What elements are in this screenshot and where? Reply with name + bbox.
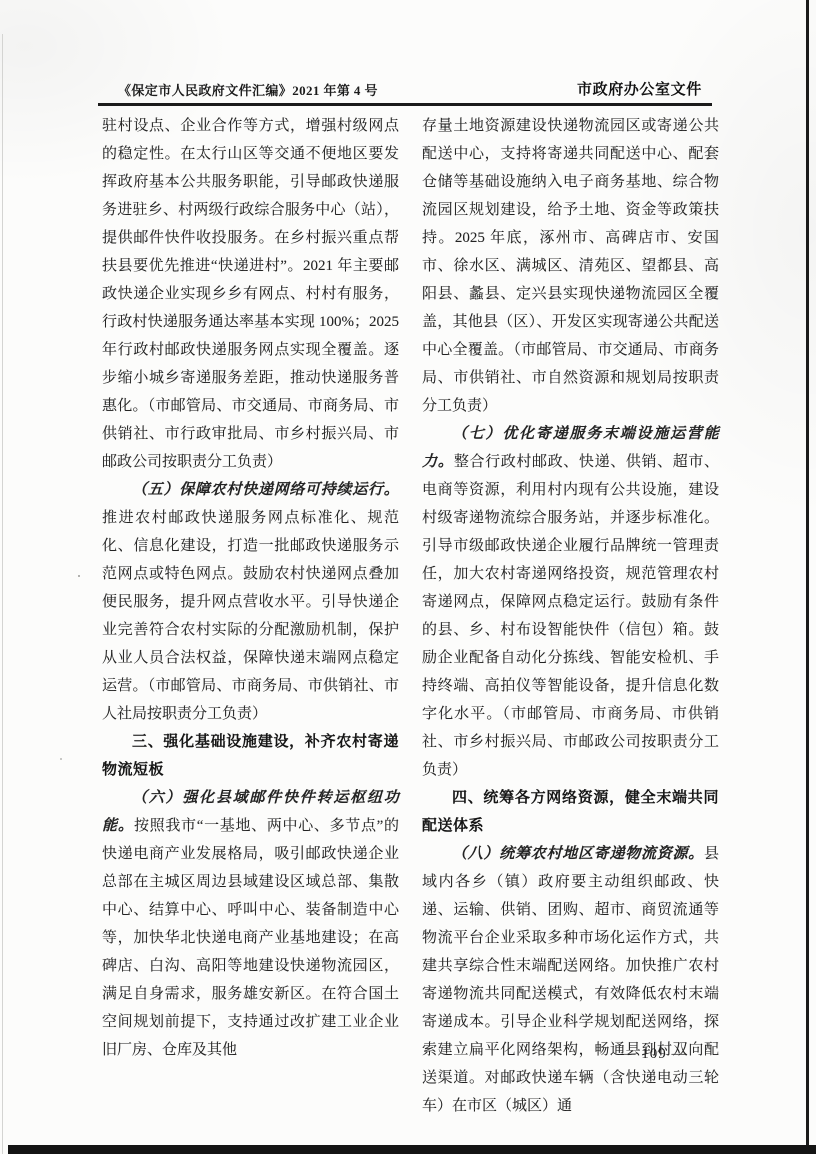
paragraph-item-six: （六）强化县域邮件快件转运枢纽功能。按照我市“一基地、两中心、多节点”的快递电商…	[102, 784, 399, 1064]
left-column: 驻村设点、企业合作等方式，增强村级网点的稳定性。在太行山区等交通不便地区要发挥政…	[102, 112, 399, 1064]
paragraph-text: 存量土地资源建设快递物流园区或寄递公共配送中心，支持将寄递共同配送中心、配套仓储…	[422, 118, 719, 414]
scan-artifact-left-line	[2, 34, 3, 1154]
paragraph-lead: （八）统筹农村地区寄递物流资源。	[452, 846, 704, 862]
paragraph-text: 整合行政村邮政、快递、供销、超市、电商等资源，利用村内现有公共设施，建设村级寄递…	[422, 454, 719, 778]
paragraph-text: 推进农村邮政快递服务网点标准化、规范化、信息化建设，打造一批邮政快递服务示范网点…	[102, 510, 399, 722]
section-heading-text: 四、统筹各方网络资源，健全末端共同配送体系	[422, 789, 719, 834]
header-section-title: 市政府办公室文件	[577, 78, 702, 99]
scan-artifact-bottom-edge	[8, 1145, 816, 1154]
scanned-document-page: 《保定市人民政府文件汇编》2021 年第 4 号 市政府办公室文件 驻村设点、企…	[0, 0, 816, 1154]
header-publication-title: 《保定市人民政府文件汇编》2021 年第 4 号	[118, 80, 378, 99]
paragraph-text: 县域内各乡（镇）政府要主动组织邮政、快递、运输、供销、团购、超市、商贸流通等物流…	[422, 846, 719, 1114]
paragraph-text: 按照我市“一基地、两中心、多节点”的快递电商产业发展格局，吸引邮政快递企业总部在…	[102, 818, 399, 1058]
section-heading-text: 三、强化基础设施建设，补齐农村寄递物流短板	[102, 733, 399, 778]
scan-artifact-right-edge	[806, 0, 809, 1154]
right-column: 存量土地资源建设快递物流园区或寄递公共配送中心，支持将寄递共同配送中心、配套仓储…	[422, 112, 719, 1120]
paragraph-item-seven: （七）优化寄递服务末端设施运营能力。整合行政村邮政、快递、供销、超市、电商等资源…	[422, 420, 719, 784]
scan-speck	[60, 758, 62, 760]
paragraph-continuation: 驻村设点、企业合作等方式，增强村级网点的稳定性。在太行山区等交通不便地区要发挥政…	[102, 112, 399, 476]
paragraph-text: 驻村设点、企业合作等方式，增强村级网点的稳定性。在太行山区等交通不便地区要发挥政…	[102, 118, 399, 470]
header-rule	[98, 103, 712, 106]
scan-speck	[78, 575, 80, 577]
paragraph-continuation: 存量土地资源建设快递物流园区或寄递公共配送中心，支持将寄递共同配送中心、配套仓储…	[422, 112, 719, 420]
paragraph-item-five: （五）保障农村快递网络可持续运行。推进农村邮政快递服务网点标准化、规范化、信息化…	[102, 476, 399, 728]
section-heading-four: 四、统筹各方网络资源，健全末端共同配送体系	[422, 784, 719, 840]
paragraph-lead: （五）保障农村快递网络可持续运行。	[132, 482, 399, 498]
paragraph-item-eight: （八）统筹农村地区寄递物流资源。县域内各乡（镇）政府要主动组织邮政、快递、运输、…	[422, 840, 719, 1120]
page-number: — 109 —	[608, 1046, 700, 1063]
section-heading-three: 三、强化基础设施建设，补齐农村寄递物流短板	[102, 728, 399, 784]
